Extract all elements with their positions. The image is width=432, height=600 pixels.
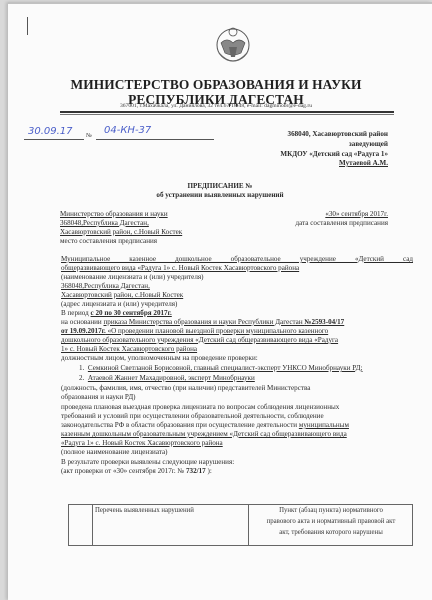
basis-line3: дошкольного образовательного учреждения …: [61, 336, 338, 345]
number-underline: [96, 139, 214, 140]
basis-prefix: на основании: [61, 318, 104, 326]
letterhead-rule-thin: [60, 114, 394, 115]
scan-mark: [27, 17, 28, 35]
basis-line2: от 19.09.2017г. «О проведении плановой в…: [61, 327, 413, 336]
licensee-address-caption: (адрес лицензиата и (или) учредителя): [61, 300, 177, 309]
scan-edge: [8, 2, 432, 4]
officials-caption-line1: (должность, фамилия, имя, отчество (при …: [61, 384, 310, 393]
document-subtitle: об устранении выявленных нарушений: [8, 191, 432, 200]
basis-order-title: «О проведении плановой выездной проверки…: [106, 327, 328, 335]
document-title: ПРЕДПИСАНИЕ №: [8, 182, 432, 191]
recipient-org: МКДОУ «Детский сад «Радуга 1»: [280, 150, 388, 159]
inspection-line1: проведена плановая выездная проверка лиц…: [61, 403, 339, 412]
dagestan-emblem-icon: [213, 23, 253, 73]
licensee-full-name-caption: (полное наименование лицензиата): [61, 448, 167, 457]
norms-header-line3: акт, требования которого нарушены: [249, 527, 413, 538]
date-underline: [24, 139, 84, 140]
act-prefix: (акт проверки от «30» сентября 2017г. №: [61, 467, 186, 475]
table-header-violations: Перечень выявленных нарушений: [92, 505, 249, 545]
inspection-line5: «Радуга 1» с. Новый Костек Хасавюртовско…: [61, 439, 223, 448]
basis-line1: на основании приказа Министерства образо…: [61, 318, 344, 327]
inspection-line3-underlined: муниципальным: [299, 421, 349, 429]
act-suffix: ):: [206, 467, 212, 475]
recipient-name: Мутаевой А.М.: [339, 159, 388, 168]
inspection-line2: требований и условий при осуществлении о…: [61, 412, 324, 421]
place-line2: 368048,Республика Дагестан,: [60, 219, 149, 228]
date-caption: дата составления предписания: [296, 219, 388, 228]
inspection-period: В период с 20 по 30 сентября 2017г.: [61, 309, 172, 318]
recipient-address: 368040, Хасавюртовский район: [288, 130, 388, 139]
letterhead-rule: [60, 111, 394, 113]
handwritten-number: 04-КН-37: [104, 125, 151, 136]
officials-intro: должностным лицом, уполномоченным на про…: [61, 354, 258, 363]
ministry-name-line1: МИНИСТЕРСТВО ОБРАЗОВАНИЯ И НАУКИ: [0, 77, 432, 93]
document-page: МИНИСТЕРСТВО ОБРАЗОВАНИЯ И НАУКИ РЕСПУБЛ…: [8, 2, 432, 600]
licensee-name-caption: (наименование лицензиата и (или) учредит…: [61, 273, 204, 282]
number-label: №: [86, 132, 92, 141]
licensee-name-line1: Муниципальное казенное дошкольное образо…: [61, 255, 413, 264]
licensee-address-line1: 368048,Республика Дагестан,: [61, 282, 150, 291]
officials-caption-line2: образования и науки РД): [61, 393, 136, 402]
inspection-line3-text: законодательства РФ в области образовани…: [61, 421, 299, 429]
norms-header-line1: Пункт (абзац пункта) нормативного: [249, 505, 413, 516]
inspection-line4: казенным дошкольным образовательным учре…: [61, 430, 347, 439]
licensee-name-line2: общеразвивающего вида «Радуга 1» с. Новы…: [61, 264, 299, 273]
violations-intro: В результате проверки выявлены следующие…: [61, 458, 234, 467]
official-item-2: 2. Атаевой Жаннет Махадировной, эксперт …: [79, 374, 255, 383]
official-num: 2.: [79, 374, 84, 382]
violations-table: Перечень выявленных нарушений Пункт (абз…: [68, 504, 413, 546]
table-header-number: [69, 505, 93, 545]
inspection-act: (акт проверки от «30» сентября 2017г. № …: [61, 467, 212, 476]
official-item-1: 1. Семкиной Светланой Борисовной, главны…: [79, 364, 363, 373]
basis-order: приказа Министерства образования и науки…: [104, 318, 305, 326]
handwritten-date: 30.09.17: [28, 126, 73, 137]
official-text: Атаевой Жаннет Махадировной, эксперт Мин…: [88, 374, 255, 382]
ministry-address: 367001, г.Махачкала, ул. Даниялова, 32 т…: [0, 103, 432, 109]
recipient-position: заведующей: [349, 140, 388, 149]
inspection-line3: законодательства РФ в области образовани…: [61, 421, 349, 430]
prescription-date: «30» сентября 2017г.: [325, 210, 388, 219]
licensee-address-line2: Хасавюртовский район, с.Новый Костек: [61, 291, 183, 300]
norms-header-line2: правового акта и нормативный правовой ак…: [249, 516, 413, 527]
basis-order-number: №2593-04/17: [304, 318, 344, 326]
official-text: Семкиной Светланой Борисовной, главный с…: [88, 364, 363, 372]
place-caption: место составления предписания: [60, 237, 157, 246]
place-line1: Министерство образования и науки: [60, 210, 168, 219]
act-number: 732/17: [186, 467, 206, 475]
official-num: 1.: [79, 364, 84, 372]
period-prefix: В период: [61, 309, 91, 317]
basis-line4: 1» с. Новый Костек Хасавюртовского район…: [61, 345, 197, 354]
violations-header-label: Перечень выявленных нарушений: [92, 505, 248, 516]
place-line3: Хасавюртовский район, с.Новый Костек: [60, 228, 182, 237]
period-value: с 20 по 30 сентября 2017г.: [91, 309, 172, 317]
table-header-norms: Пункт (абзац пункта) нормативного правов…: [249, 505, 413, 545]
basis-order-date: от 19.09.2017г.: [61, 327, 106, 335]
